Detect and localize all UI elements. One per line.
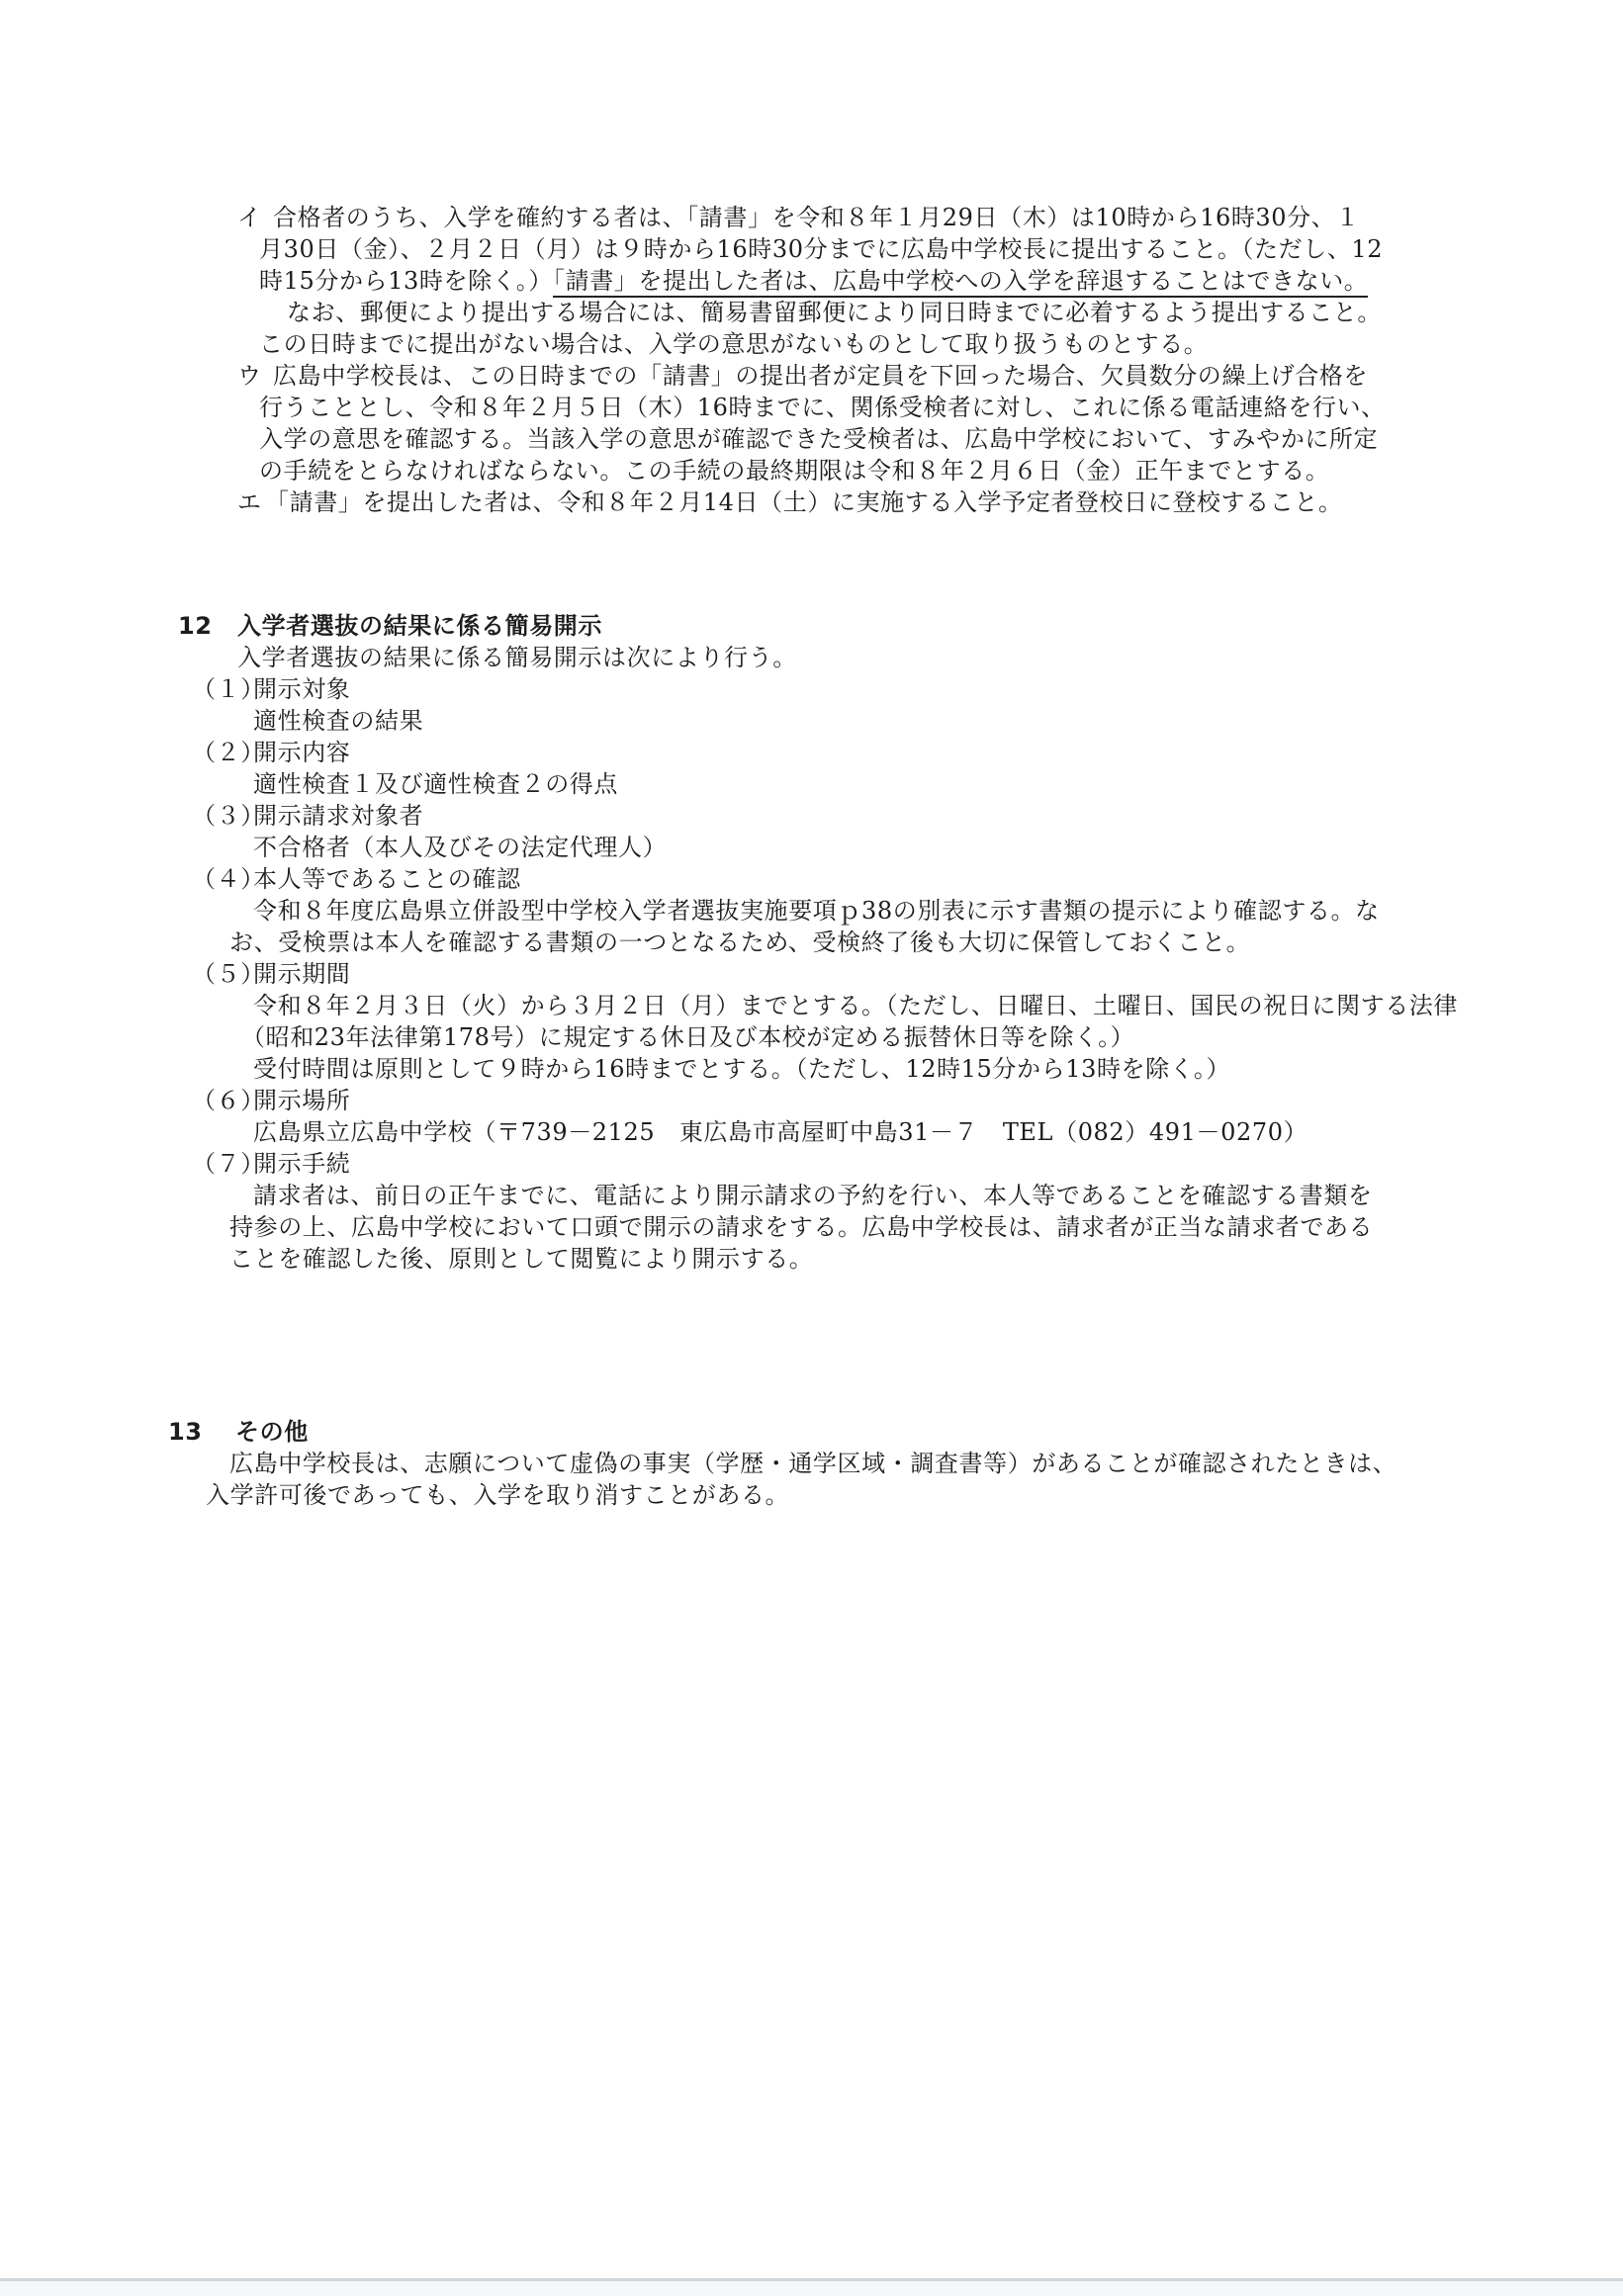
item-u-line-1: 広島中学校長は、この日時までの「請書」の提出者が定員を下回った場合、欠員数分の繰…: [273, 360, 1368, 392]
item-u-line-2: 行うこととし、令和８年２月５日（木）16時までに、関係受検者に対し、これに係る電…: [259, 392, 1386, 423]
section-13-line-1: 広島中学校長は、志願について虚偽の事実（学歴・通学区域・調査書等）があることが確…: [229, 1448, 1397, 1479]
sub-5-line-3: 受付時間は原則として９時から16時までとする。（ただし、12時15分から13時を…: [253, 1053, 1230, 1085]
section-13-line-2: 入学許可後であっても、入学を取り消すことがある。: [206, 1479, 789, 1511]
sub-5-heading: 開示期間: [253, 958, 350, 990]
section-12-number: 12: [178, 610, 213, 642]
sub-6-heading: 開示場所: [253, 1085, 350, 1116]
item-i-line-2: 月30日（金）、２月２日（月）は９時から16時30分までに広島中学校長に提出する…: [259, 233, 1383, 265]
section-12-title: 入学者選抜の結果に係る簡易開示: [237, 610, 602, 642]
section-13-title: その他: [235, 1416, 309, 1448]
scan-bottom-strip: [0, 2281, 1623, 2296]
sub-1-line-1: 適性検査の結果: [253, 705, 423, 737]
sub-2-line-1: 適性検査１及び適性検査２の得点: [253, 768, 618, 800]
document-page: イ 合格者のうち、入学を確約する者は、「請書」を令和８年１月29日（木）は10時…: [0, 0, 1623, 2296]
sub-2-heading: 開示内容: [253, 737, 350, 768]
sub-7-line-2: 持参の上、広島中学校において口頭で開示の請求をする。広島中学校長は、請求者が正当…: [229, 1211, 1373, 1243]
item-i-marker: イ: [237, 202, 262, 233]
sub-5-line-1: 令和８年２月３日（火）から３月２日（月）までとする。（ただし、日曜日、土曜日、国…: [253, 990, 1458, 1021]
item-i-line-4: なお、郵便により提出する場合には、簡易書留郵便により同日時までに必着するよう提出…: [287, 297, 1382, 328]
sub-6-line-1: 広島県立広島中学校（〒739－2125 東広島市高屋町中島31－７ TEL（08…: [253, 1116, 1307, 1148]
item-i-line-3-text: 時15分から13時を除く。）: [259, 267, 553, 295]
item-e-line-1: 「請書」を提出した者は、令和８年２月14日（土）に実施する入学予定者登校日に登校…: [265, 486, 1343, 518]
sub-7-line-3: ことを確認した後、原則として閲覧により開示する。: [229, 1243, 813, 1275]
sub-1-heading: 開示対象: [253, 673, 350, 705]
sub-7-line-1: 請求者は、前日の正午までに、電話により開示請求の予約を行い、本人等であることを確…: [253, 1180, 1373, 1211]
item-u-line-3: 入学の意思を確認する。当該入学の意思が確認できた受検者は、広島中学校において、す…: [259, 423, 1378, 455]
sub-3-line-1: 不合格者（本人及びその法定代理人）: [253, 832, 667, 863]
item-e-marker: エ: [237, 486, 262, 518]
sub-4-line-1: 令和８年度広島県立併設型中学校入学者選抜実施要項ｐ38の別表に示す書類の提示によ…: [253, 895, 1380, 927]
sub-7-heading: 開示手続: [253, 1148, 350, 1180]
item-i-line-5: この日時までに提出がない場合は、入学の意思がないものとして取り扱うものとする。: [259, 328, 1208, 360]
item-i-line-3: 時15分から13時を除く。）「請書」を提出した者は、広島中学校への入学を辞退する…: [259, 265, 1368, 297]
sub-4-heading: 本人等であることの確認: [253, 863, 521, 895]
item-i-line-1: 合格者のうち、入学を確約する者は、「請書」を令和８年１月29日（木）は10時から…: [273, 202, 1360, 233]
sub-4-line-2: お、受検票は本人を確認する書類の一つとなるため、受検終了後も大切に保管しておくこ…: [229, 927, 1250, 958]
section-12-intro: 入学者選抜の結果に係る簡易開示は次により行う。: [237, 642, 797, 673]
sub-5-line-2: （昭和23年法律第178号）に規定する休日及び本校が定める振替休日等を除く。）: [241, 1021, 1134, 1053]
item-u-line-4: の手続をとらなければならない。この手続の最終期限は令和８年２月６日（金）正午まで…: [259, 455, 1329, 486]
sub-3-heading: 開示請求対象者: [253, 800, 423, 832]
section-13-number: 13: [168, 1416, 203, 1448]
item-u-marker: ウ: [237, 360, 262, 392]
underlined-notice: 「請書」を提出した者は、広島中学校への入学を辞退することはできない。: [553, 267, 1368, 298]
